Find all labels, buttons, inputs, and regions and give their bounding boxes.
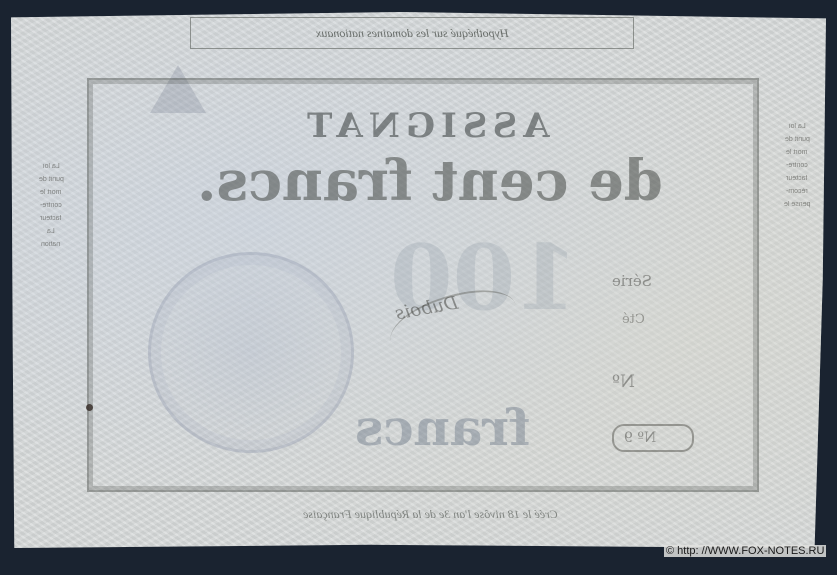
side-right-line: mort le (786, 146, 807, 159)
assignat-title-text: ASSIGNAT (301, 106, 550, 146)
number-box-text: Nº 9 (624, 430, 656, 446)
side-panel-left: La loi punit de mort le contre- facteur … (16, 160, 86, 251)
dry-seal-stamp (148, 252, 354, 453)
side-left-line: nation (41, 238, 60, 251)
bottom-creation-line: Créé le 18 nivôse l'an 3e de la Républiq… (150, 507, 710, 522)
side-right-line: récom- (786, 185, 808, 198)
ink-stain (86, 404, 93, 411)
note-number-text: Nº (612, 372, 635, 392)
note-number: Nº (612, 372, 635, 392)
denomination-text-value: de cent francs. (197, 148, 663, 214)
top-banner: Hypothéqué sur les domaines nationaux (190, 17, 634, 49)
side-left-line: La (47, 225, 55, 238)
side-right-line: contre- (786, 159, 808, 172)
side-left-line: mort le (40, 186, 61, 199)
side-panel-right: La loi punit de mort le contre- facteur … (762, 120, 832, 211)
side-right-line: punit de (785, 133, 810, 146)
side-right-line: pense le (784, 198, 810, 211)
bottom-creation-text: Créé le 18 nivôse l'an 3e de la Républiq… (303, 507, 558, 522)
side-left-line: contre- (40, 199, 62, 212)
denomination-text: de cent francs. (110, 148, 750, 214)
serie-label-text: Série (612, 272, 652, 290)
side-left-line: La loi (43, 160, 60, 173)
top-banner-text: Hypothéqué sur les domaines nationaux (316, 26, 509, 41)
side-left-line: facteur (40, 212, 61, 225)
side-right-line: facteur (786, 172, 807, 185)
francs-word-text: francs (355, 398, 530, 457)
side-left-line: punit de (39, 173, 64, 186)
serie-number: Cté (622, 312, 645, 327)
number-box: Nº 9 (612, 424, 694, 452)
assignat-title: ASSIGNAT (215, 106, 635, 146)
side-right-line: La loi (789, 120, 806, 133)
copyright-caption: © http: //WWW.FOX-NOTES.RU (664, 545, 826, 557)
serie-number-text: Cté (622, 312, 645, 327)
serie-label: Série (612, 272, 652, 290)
francs-word: francs (355, 398, 530, 457)
